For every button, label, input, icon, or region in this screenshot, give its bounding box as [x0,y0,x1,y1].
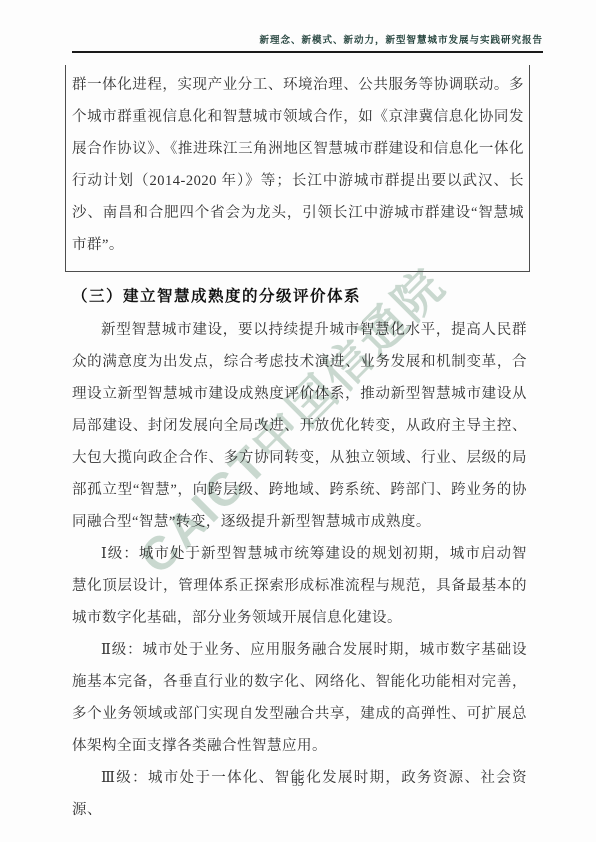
body-paragraph: Ⅲ级：城市处于一体化、智能化发展时期，政务资源、社会资源、 [72,762,527,826]
body-paragraph: Ⅰ级：城市处于新型智慧城市统筹建设的规划初期，城市启动智慧化顶层设计，管理体系正… [72,538,527,634]
page-content: 群一体化进程，实现产业分工、环境治理、公共服务等协调联动。多个城市群重视信息化和… [72,65,527,826]
continued-textbox: 群一体化进程，实现产业分工、环境治理、公共服务等协调联动。多个城市群重视信息化和… [65,65,530,272]
page-header: 新理念、新模式、新动力，新型智慧城市发展与实践研究报告 [72,30,543,53]
body-paragraph: 新型智慧城市建设，要以持续提升城市智慧化水平，提高人民群众的满意度为出发点，综合… [72,314,527,538]
section-heading: （三）建立智慧成熟度的分级评价体系 [72,284,527,306]
body-paragraphs: 新型智慧城市建设，要以持续提升城市智慧化水平，提高人民群众的满意度为出发点，综合… [72,314,527,826]
body-paragraph: Ⅱ级：城市处于业务、应用服务融合发展时期，城市数字基础设施基本完备，各垂直行业的… [72,634,527,762]
document-page: CAICT中国信通院 新理念、新模式、新动力，新型智慧城市发展与实践研究报告 群… [0,0,596,842]
textbox-paragraph: 群一体化进程，实现产业分工、环境治理、公共服务等协调联动。多个城市群重视信息化和… [72,69,524,261]
running-head-title: 新理念、新模式、新动力，新型智慧城市发展与实践研究报告 [259,35,543,46]
